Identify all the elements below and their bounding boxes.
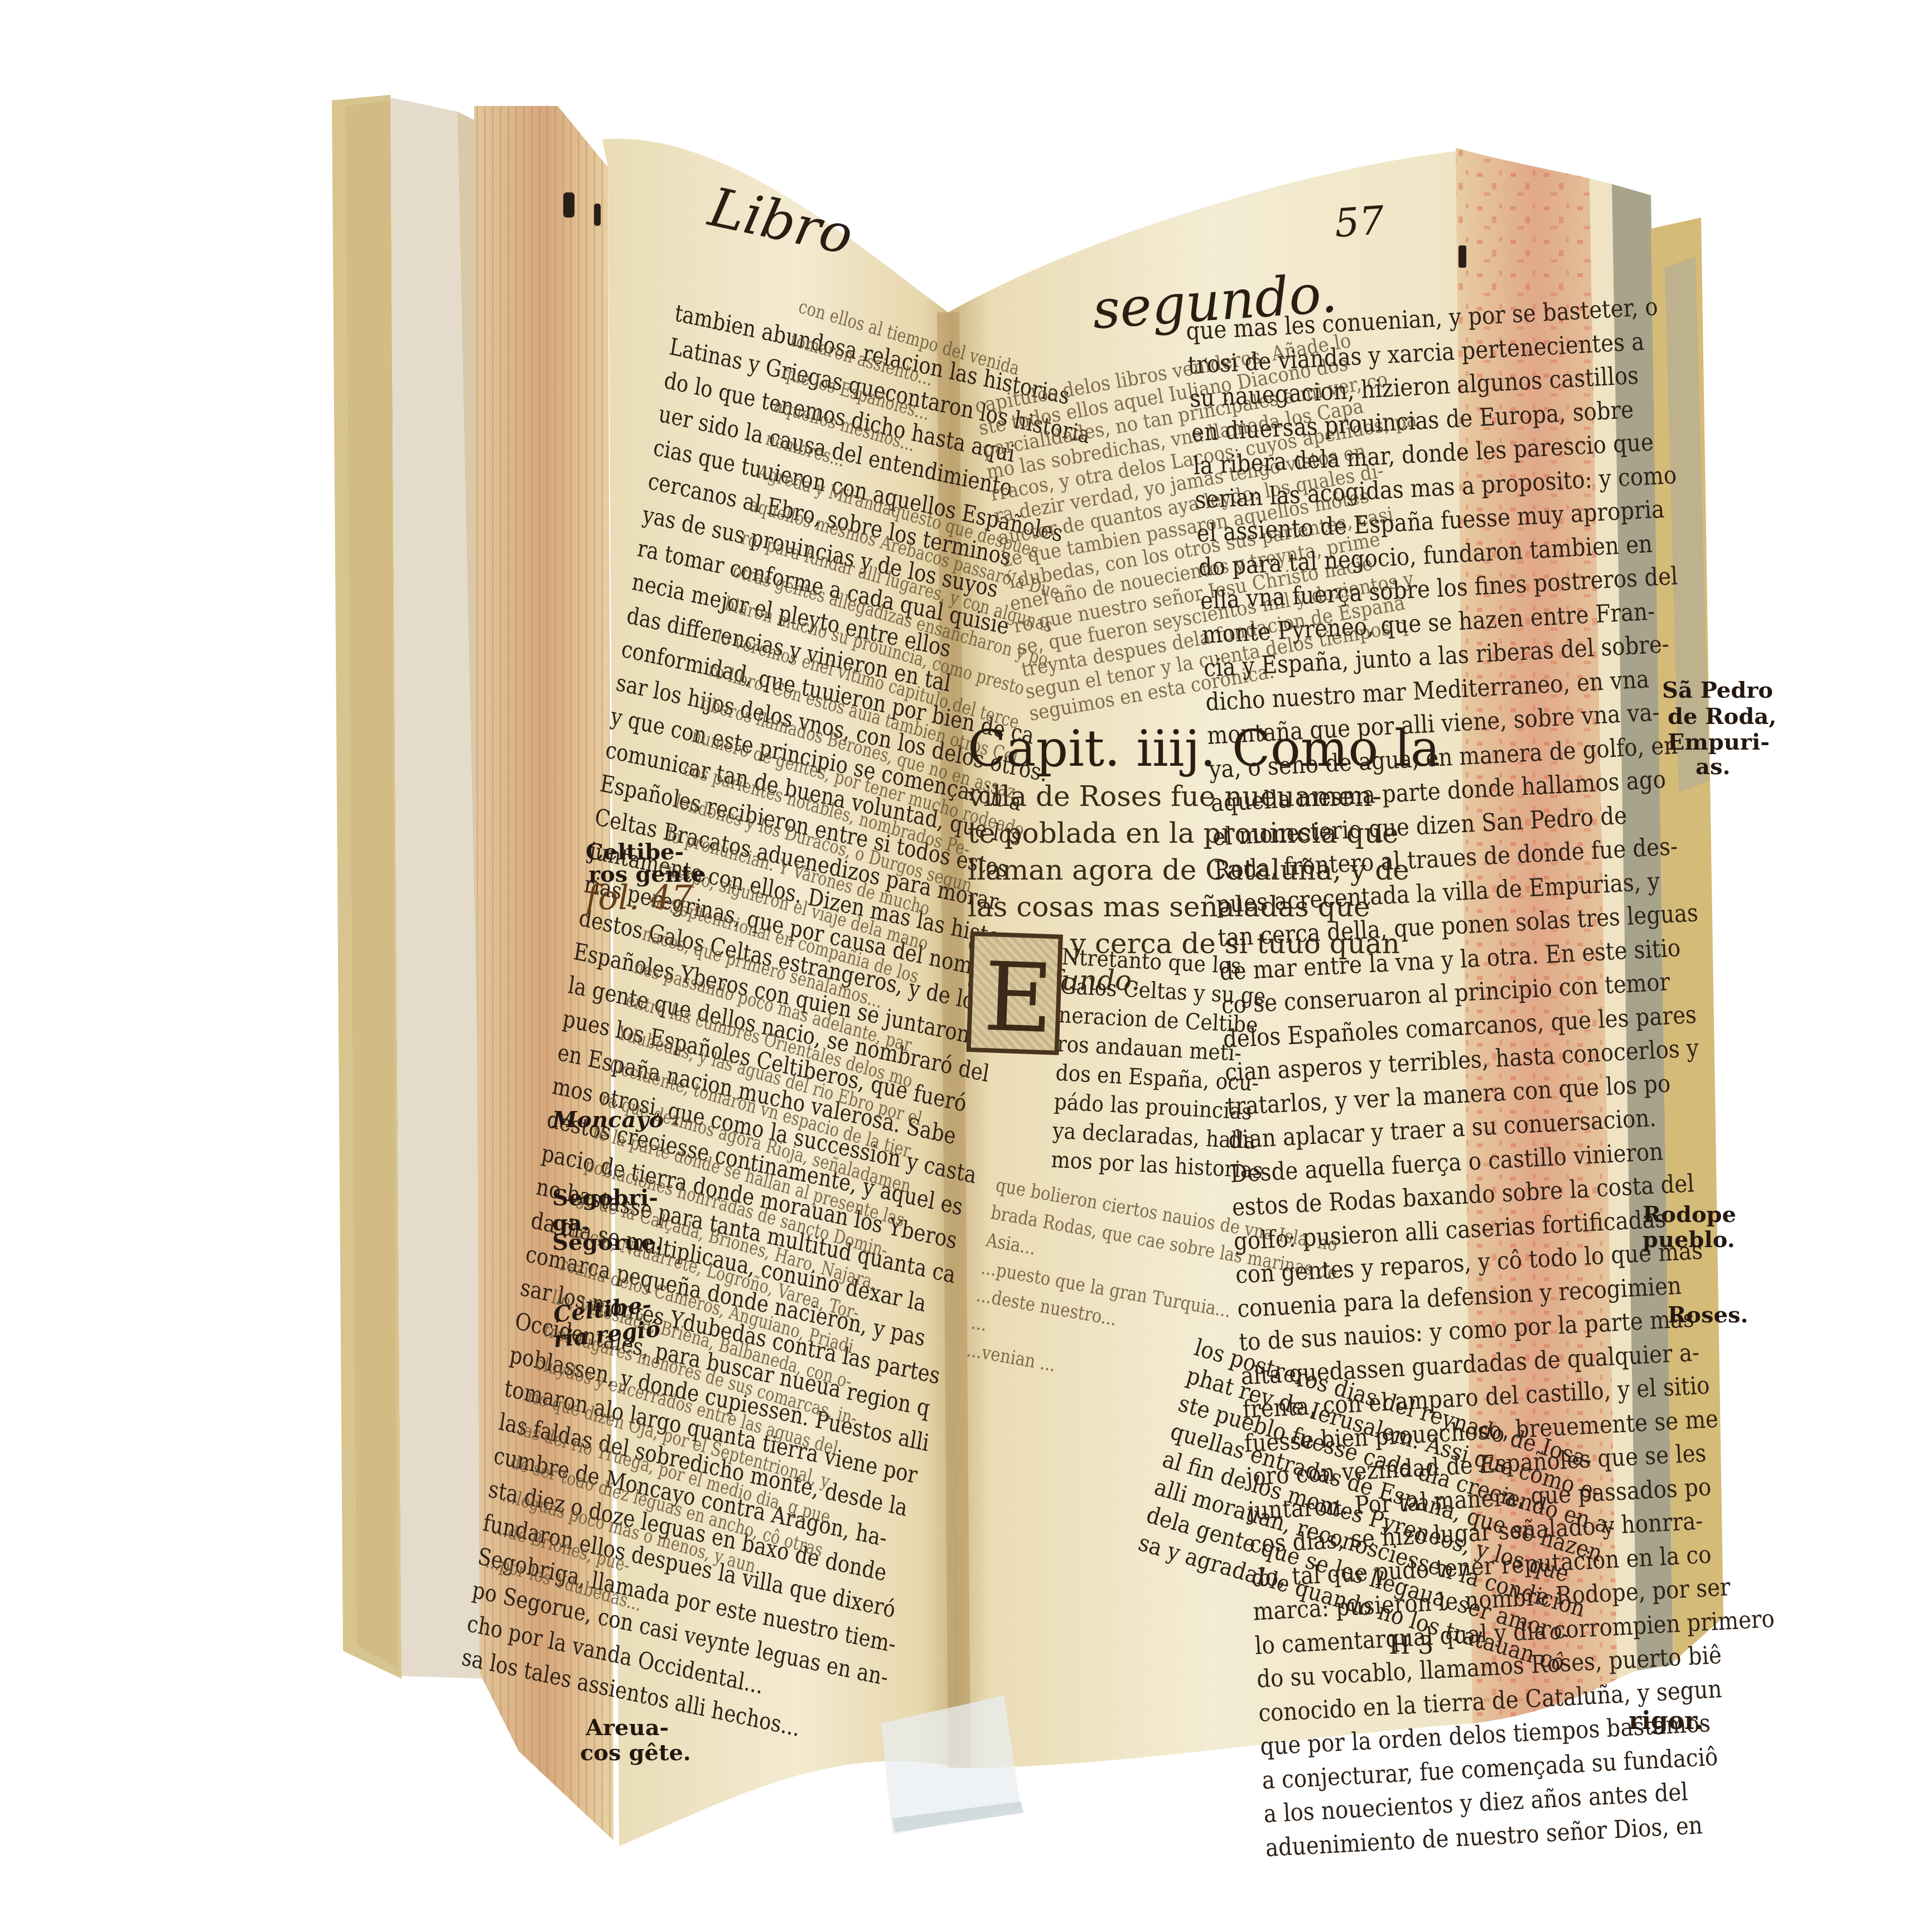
margin-note: Sã Pedro [1662,678,1773,703]
margin-note: Empuri- [1668,730,1770,755]
handwritten-folio-note: fol. 47. [586,878,703,917]
margin-note: pueblo. [1643,1227,1735,1253]
decorated-initial: E [966,931,1062,1055]
photo-stage: Libro tambien abundosa relacion las hist… [0,0,1932,1932]
margin-note: Moncayo [552,1107,664,1133]
margin-note: Areua- [586,1715,669,1741]
initial-letter: E [982,942,1055,1055]
folio-number: 57 [1333,197,1386,247]
margin-note: Rodope [1643,1202,1736,1228]
catchword: rigor. [1629,1707,1703,1735]
margin-note: de Roda, [1668,704,1776,730]
margin-note: cos gête. [580,1740,691,1766]
margin-note: as. [1696,754,1730,780]
margin-note: Segobri- [552,1185,658,1211]
signature-mark: H 3 [1389,1631,1433,1660]
ink-blot-mark [563,192,574,218]
margin-note: Roses. [1668,1302,1748,1328]
margin-note: Segorue. [552,1230,663,1255]
